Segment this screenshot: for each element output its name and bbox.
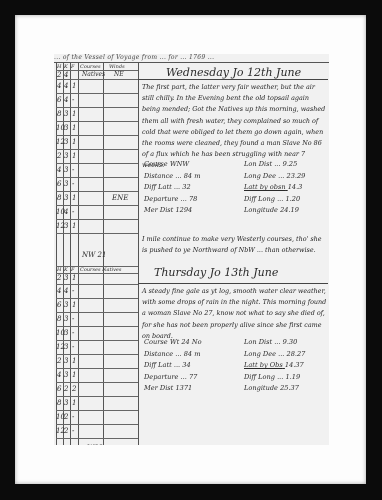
rec-label: Long Dee ... (244, 172, 284, 180)
rule-winds (138, 62, 139, 445)
cell-h: 6 (57, 96, 61, 105)
cell-h: 4 (57, 287, 61, 296)
row-rule (56, 233, 138, 234)
rec-label: Distance ... (144, 172, 182, 180)
day2-reckoning-right: Lon Dist ... 9.30 Long Dee ... 28.27 Lat… (244, 337, 305, 395)
cell-k: 3 (64, 194, 68, 203)
row-rule (56, 163, 138, 164)
row-rule (56, 219, 138, 220)
rec-value: 24.19 (280, 205, 299, 217)
cell-f: 1 (72, 399, 76, 408)
rec-value: 34 (182, 360, 190, 372)
rec-label: Longitude (244, 206, 278, 214)
cell-h: 4 (57, 82, 61, 91)
cell-h: 2 (57, 357, 61, 366)
cell-h: 4 (57, 371, 61, 380)
day1-reckoning-left: Course WNW Distance ... 84 m Diff Latt .… (144, 159, 200, 217)
rec-label: Lon Dist ... (244, 160, 281, 168)
cell-f: 1 (72, 357, 76, 366)
cell-k: 3 (64, 166, 68, 175)
row-rule (56, 284, 138, 285)
row-rule (56, 438, 138, 439)
ship-log-page: ... of the Vessel of Voyage from ... for… (54, 54, 329, 445)
cell-k: 2 (64, 413, 68, 422)
rec-value: 14.3 (288, 182, 303, 194)
cell-k: 3 (64, 343, 68, 352)
cell-h: 2 (57, 274, 61, 283)
rec-label: Mer Dist (144, 206, 173, 214)
row-rule (56, 354, 138, 355)
row-rule (56, 93, 138, 94)
cell-f: 1 (72, 274, 76, 283)
cell-k: 3 (64, 301, 68, 310)
cell-k: 3 (64, 138, 68, 147)
cell-k: 3 (64, 329, 68, 338)
row-rule (56, 410, 138, 411)
cell-k: 4 (64, 208, 68, 217)
cell-k: 4 (64, 96, 68, 105)
rec-value: WNW (170, 159, 189, 171)
cell-f: - (72, 315, 74, 324)
row-rule (56, 312, 138, 313)
rec-label: Latt by Obs (244, 361, 283, 369)
cell-h: 6 (57, 385, 61, 394)
day2-reckoning-left: Course Wt 24 No Distance ... 84 m Diff L… (144, 337, 202, 395)
row-rule (56, 191, 138, 192)
rec-value: 9.25 (283, 159, 298, 171)
rec-value: 32 (182, 182, 190, 194)
row-rule (56, 424, 138, 425)
cell-h: 2 (57, 71, 61, 80)
cell-h: 4 (57, 166, 61, 175)
day1-title: Wednesday Jo 12th June (166, 66, 301, 79)
cell-f: - (72, 343, 74, 352)
cell-f: 1 (72, 371, 76, 380)
subhead-winds: NE (114, 70, 124, 79)
top-caption: ... of the Vessel of Voyage from ... for… (54, 54, 329, 63)
rec-label: Diff Latt ... (144, 361, 180, 369)
cell-k: 3 (64, 371, 68, 380)
rec-value: Wt 24 No (170, 337, 202, 349)
rec-value: 9.30 (283, 337, 298, 349)
cell-k: 3 (64, 180, 68, 189)
cell-f: - (72, 96, 74, 105)
cell-k: 3 (64, 110, 68, 119)
day1-closing-note: I mile continue to make very Westerly co… (142, 234, 327, 256)
rec-label: Lon Dist ... (244, 338, 281, 346)
cell-k: 3 (64, 274, 68, 283)
day2-narrative: A steady fine gale as yt log, smooth wat… (142, 286, 327, 342)
cell-f: 1 (72, 124, 76, 133)
cell-h: 8 (57, 399, 61, 408)
row-rule (56, 205, 138, 206)
cell-f: - (72, 287, 74, 296)
rec-label: Distance ... (144, 350, 182, 358)
cell-f: 1 (72, 110, 76, 119)
cell-h: 8 (57, 315, 61, 324)
cell-h: 6 (57, 301, 61, 310)
rule-f (78, 62, 79, 445)
rec-value: 28.27 (287, 349, 306, 361)
rec-value: 84 m (184, 171, 201, 183)
cell-k: 3 (64, 357, 68, 366)
cell-f: 1 (72, 301, 76, 310)
row-rule (56, 298, 138, 299)
cell-h: 8 (57, 194, 61, 203)
rec-value: 1.20 (285, 194, 300, 206)
rec-value: 77 (189, 372, 197, 384)
day1-title-rule (138, 79, 328, 80)
day2-title-rule (138, 283, 328, 284)
rec-label: Departure ... (144, 195, 187, 203)
cell-k: 2 (64, 385, 68, 394)
subhead-courses: Natives (82, 70, 105, 79)
day1-reckoning-right: Lon Dist ... 9.25 Long Dee ... 23.29 Lat… (244, 159, 305, 217)
cell-k: 4 (64, 82, 68, 91)
rec-label: Longitude (244, 384, 278, 392)
rec-label: Departure ... (144, 373, 187, 381)
row-rule (56, 368, 138, 369)
rec-value: 78 (189, 194, 197, 206)
rec-value: 1371 (175, 383, 192, 395)
cell-f: 1 (72, 138, 76, 147)
cell-h: 6 (57, 180, 61, 189)
row-rule (56, 382, 138, 383)
rec-value: 1294 (175, 205, 192, 217)
rule-k (70, 62, 71, 445)
row-rule (56, 135, 138, 136)
cell-k: 3 (64, 399, 68, 408)
rec-label: Mer Dist (144, 384, 173, 392)
rec-label: Diff Latt ... (144, 183, 180, 191)
cell-f: 1 (72, 152, 76, 161)
cell-h: 2 (57, 152, 61, 161)
cell-f: - (72, 166, 74, 175)
cell-f: - (72, 180, 74, 189)
cell-k: 3 (64, 124, 68, 133)
rec-label: Diff Long ... (244, 195, 283, 203)
cell-f: 1 (72, 82, 76, 91)
rec-label: Long Dee ... (244, 350, 284, 358)
cell-k: 3 (64, 152, 68, 161)
row-rule (56, 107, 138, 108)
winds-note: ENE (112, 194, 128, 203)
winds-note: W22 (87, 444, 103, 445)
cell-f: 1 (72, 194, 76, 203)
cell-k: 4 (64, 287, 68, 296)
day2-title: Thursday Jo 13th June (154, 266, 278, 279)
cell-f: - (72, 329, 74, 338)
cell-f: - (72, 208, 74, 217)
row-rule (56, 121, 138, 122)
rec-value: 14.37 (285, 360, 304, 372)
cell-f: 2 (72, 385, 76, 394)
cell-f: - (72, 413, 74, 422)
cell-f: - (72, 427, 74, 436)
rec-label: Diff Long ... (244, 373, 283, 381)
cell-k: 3 (64, 315, 68, 324)
cell-h: 8 (57, 110, 61, 119)
row-rule (56, 396, 138, 397)
rec-label: Course (144, 338, 168, 346)
rec-value: 84 m (184, 349, 201, 361)
rec-label: Latt by obsn (244, 183, 286, 191)
cell-f: 1 (72, 222, 76, 231)
row-rule (56, 326, 138, 327)
rec-value: 23.29 (287, 171, 306, 183)
winds-note: NW 21 (82, 251, 106, 260)
row-rule (56, 149, 138, 150)
cell-k: 2 (64, 427, 68, 436)
cell-k: 4 (64, 71, 68, 80)
rec-label: Course (144, 160, 168, 168)
row-rule (56, 340, 138, 341)
rec-value: 25.37 (280, 383, 299, 395)
row-rule (56, 177, 138, 178)
cell-k: 3 (64, 222, 68, 231)
rec-value: 1.19 (285, 372, 300, 384)
